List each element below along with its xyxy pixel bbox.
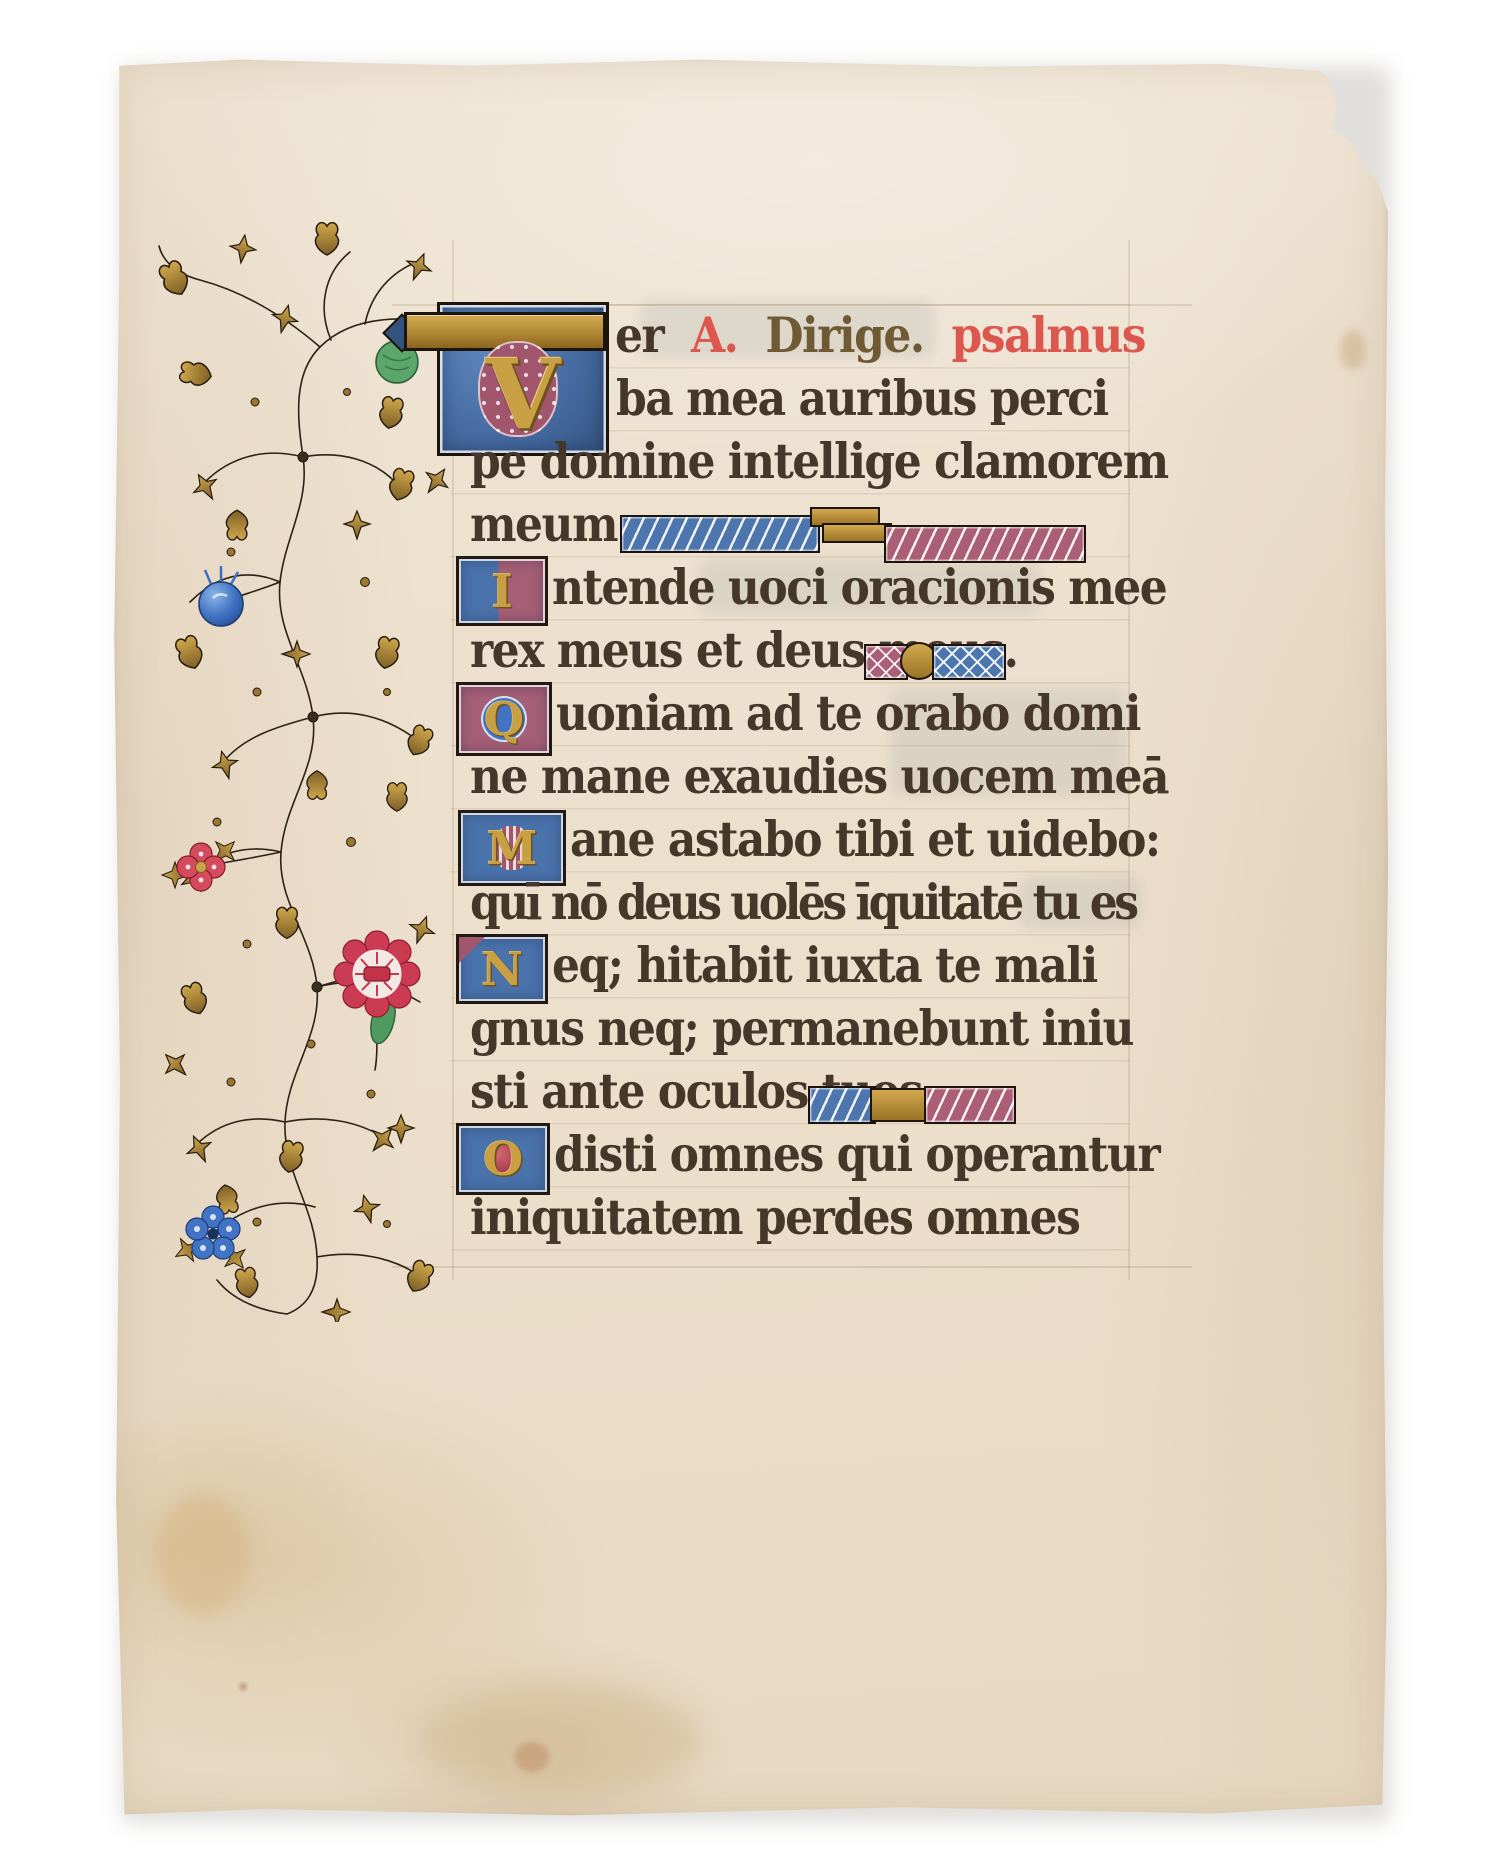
- initial-letter: N: [481, 942, 523, 996]
- blue-cinquefoil-flower: [169, 1206, 253, 1276]
- text-line-14: disti omnes qui operantur: [554, 1125, 1159, 1187]
- initial-letter: V: [440, 335, 606, 453]
- initial-letter: O: [483, 1132, 523, 1186]
- stain: [1340, 330, 1366, 370]
- line-filler-ornament: [808, 1084, 1018, 1124]
- ruling-line: [392, 1266, 1192, 1268]
- initial-letter: Q: [484, 692, 524, 746]
- photograph-of-manuscript-leaf: V I Q M N O er A. Dirige. psalmus ba mea…: [0, 0, 1500, 1876]
- initial-I: I: [456, 556, 548, 626]
- illuminated-initial-V: V: [437, 302, 609, 456]
- stain: [420, 1685, 700, 1795]
- pink-carnation-flower: [334, 931, 420, 1046]
- text-line-1: er A. Dirige. psalmus: [615, 306, 1145, 368]
- initial-letter: M: [487, 821, 538, 875]
- text-line-8: ne mane exaudies uocem meā: [470, 747, 1168, 809]
- floral-border: [135, 222, 475, 1322]
- text-line-7: uoniam ad te orabo domi: [556, 684, 1140, 746]
- text-line-10: quī nō deus uolēs īquitatē tu es: [470, 873, 1135, 935]
- text-line-12: gnus neq; permanebunt iniu: [470, 999, 1133, 1061]
- line-filler-ornament: [620, 505, 1090, 563]
- initial-O: O: [456, 1123, 550, 1195]
- text-line-4: meum.: [470, 495, 631, 557]
- text-line-15: iniquitatem perdes omnes: [470, 1188, 1079, 1250]
- initial-letter: I: [491, 564, 513, 618]
- initial-N: N: [456, 934, 548, 1004]
- text-line-5: ntende uoci oracionis mee: [552, 558, 1166, 620]
- stain: [155, 1495, 250, 1615]
- text-line-2: ba mea auribus perci: [616, 369, 1108, 431]
- line-filler-ornament: [864, 640, 1004, 682]
- initial-Q: Q: [456, 682, 552, 756]
- text-line-9: ane astabo tibi et uidebo:: [570, 810, 1160, 872]
- blue-round-flower: [199, 566, 243, 626]
- text-line-11: eq; hitabit iuxta te mali: [552, 936, 1097, 998]
- stain: [515, 1742, 549, 1772]
